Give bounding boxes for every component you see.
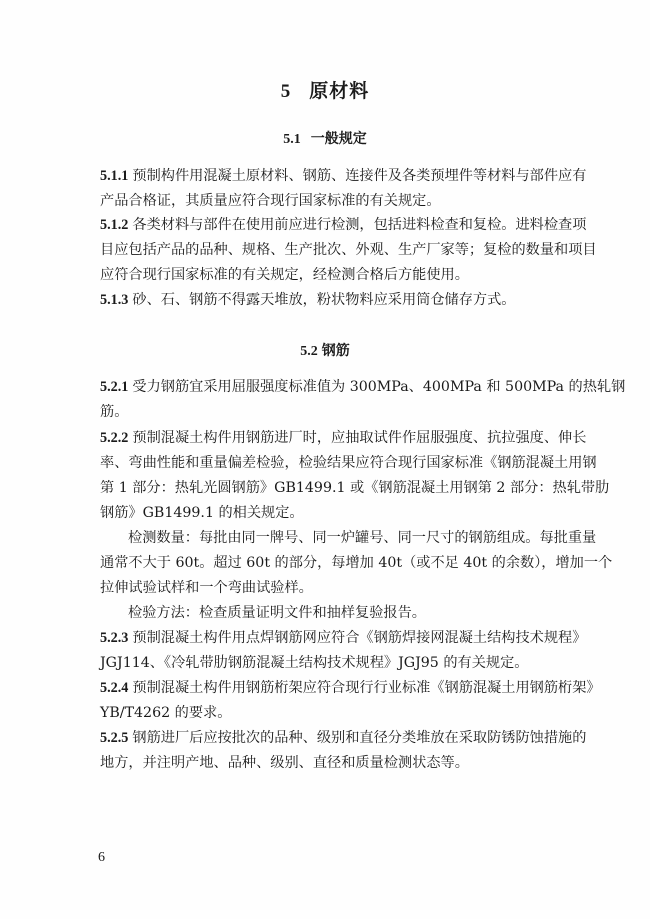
clause-text: 预制构件用混凝土原材料、钢筋、连接件及各类预埋件等材料与部件应有 (132, 168, 586, 184)
clause-text: 各类材料与部件在使用前应进行检测，包括进料检查和复检。进料检查项 (132, 217, 586, 233)
clause-number: 5.2.3 (100, 630, 128, 646)
clause-5-2-1-line-1: 5.2.1受力钢筋宜采用屈服强度标准值为 300MPa、400MPa 和 500… (100, 377, 554, 397)
clause-5-2-2-line-4: 钢筋》GB1499.1 的相关规定。 (100, 503, 554, 523)
section-title-5-1: 5.1一般规定 (0, 128, 650, 148)
document-page: 5原材料 5.1一般规定 5.1.1预制构件用混凝土原材料、钢筋、连接件及各类预… (0, 0, 650, 919)
clause-text: 受力钢筋宜采用屈服强度标准值为 300MPa、400MPa 和 500MPa 的… (132, 379, 625, 395)
clause-5-2-4-line-2: YB/T4262 的要求。 (100, 703, 554, 723)
chapter-number: 5 (281, 81, 292, 102)
clause-5-2-5-line-1: 5.2.5钢筋进厂后应按批次的品种、级别和直径分类堆放在采取防锈防蚀措施的 (100, 728, 554, 748)
clause-5-2-5-line-2: 地方，并注明产地、品种、级别、直径和质量检测状态等。 (100, 753, 554, 773)
clause-5-2-2-line-3: 第 1 部分：热轧光圆钢筋》GB1499.1 或《钢筋混凝土用钢第 2 部分：热… (100, 478, 554, 498)
clause-number: 5.1.3 (100, 292, 128, 308)
clause-5-1-2-line-1: 5.1.2各类材料与部件在使用前应进行检测，包括进料检查和复检。进料检查项 (100, 215, 554, 235)
clause-number: 5.2.2 (100, 430, 128, 446)
inspection-quantity-line-3: 拉伸试验试样和一个弯曲试验样。 (100, 578, 554, 598)
clause-text: 预制混凝土构件用点焊钢筋网应符合《钢筋焊接网混凝土结构技术规程》 (132, 630, 586, 646)
clause-5-1-2-line-3: 应符合现行国家标准的有关规定，经检测合格后方能使用。 (100, 265, 554, 285)
inspection-quantity-line-1: 检测数量：每批由同一牌号、同一炉罐号、同一尺寸的钢筋组成。每批重量 (128, 528, 554, 548)
clause-5-1-3-line-1: 5.1.3砂、石、钢筋不得露天堆放，粉状物料应采用筒仓储存方式。 (100, 290, 554, 310)
clause-5-1-1-line-2: 产品合格证，其质量应符合现行国家标准的有关规定。 (100, 191, 554, 211)
section-title-text: 一般规定 (311, 131, 367, 147)
chapter-title-text: 原材料 (309, 80, 369, 102)
clause-number: 5.2.1 (100, 379, 128, 395)
chapter-title: 5原材料 (0, 76, 650, 103)
clause-text: 砂、石、钢筋不得露天堆放，粉状物料应采用筒仓储存方式。 (132, 292, 515, 308)
clause-5-2-4-line-1: 5.2.4预制混凝土构件用钢筋桁架应符合现行行业标准《钢筋混凝土用钢筋桁架》 (100, 678, 554, 698)
section-title-5-2: 5.2钢筋 (0, 340, 650, 360)
clause-5-2-2-line-2: 率、弯曲性能和重量偏差检验，检验结果应符合现行国家标准《钢筋混凝土用钢 (100, 453, 554, 473)
clause-5-1-1-line-1: 5.1.1预制构件用混凝土原材料、钢筋、连接件及各类预埋件等材料与部件应有 (100, 166, 554, 186)
inspection-quantity-line-2: 通常不大于 60t。超过 60t 的部分，每增加 40t（或不足 40t 的余数… (100, 553, 554, 573)
page-number: 6 (98, 850, 105, 866)
clause-text: 钢筋进厂后应按批次的品种、级别和直径分类堆放在采取防锈防蚀措施的 (132, 730, 586, 746)
clause-number: 5.2.5 (100, 730, 128, 746)
clause-5-2-2-line-1: 5.2.2预制混凝土构件用钢筋进厂时，应抽取试件作屈服强度、抗拉强度、伸长 (100, 428, 554, 448)
section-title-text: 钢筋 (322, 343, 350, 359)
clause-5-2-3-line-1: 5.2.3预制混凝土构件用点焊钢筋网应符合《钢筋焊接网混凝土结构技术规程》 (100, 628, 554, 648)
clause-number: 5.1.1 (100, 168, 128, 184)
section-number: 5.2 (300, 344, 318, 359)
clause-text: 预制混凝土构件用钢筋桁架应符合现行行业标准《钢筋混凝土用钢筋桁架》 (132, 680, 600, 696)
section-number: 5.1 (283, 132, 301, 147)
clause-5-2-1-line-2: 筋。 (100, 402, 554, 422)
clause-text: 预制混凝土构件用钢筋进厂时，应抽取试件作屈服强度、抗拉强度、伸长 (132, 430, 586, 446)
clause-number: 5.1.2 (100, 217, 128, 233)
clause-5-2-3-line-2: JGJ114、《冷轧带肋钢筋混凝土结构技术规程》JGJ95 的有关规定。 (100, 653, 554, 673)
clause-5-1-2-line-2: 目应包括产品的品种、规格、生产批次、外观、生产厂家等；复检的数量和项目 (100, 240, 554, 260)
inspection-method-line: 检验方法：检查质量证明文件和抽样复验报告。 (128, 603, 554, 623)
clause-number: 5.2.4 (100, 680, 128, 696)
